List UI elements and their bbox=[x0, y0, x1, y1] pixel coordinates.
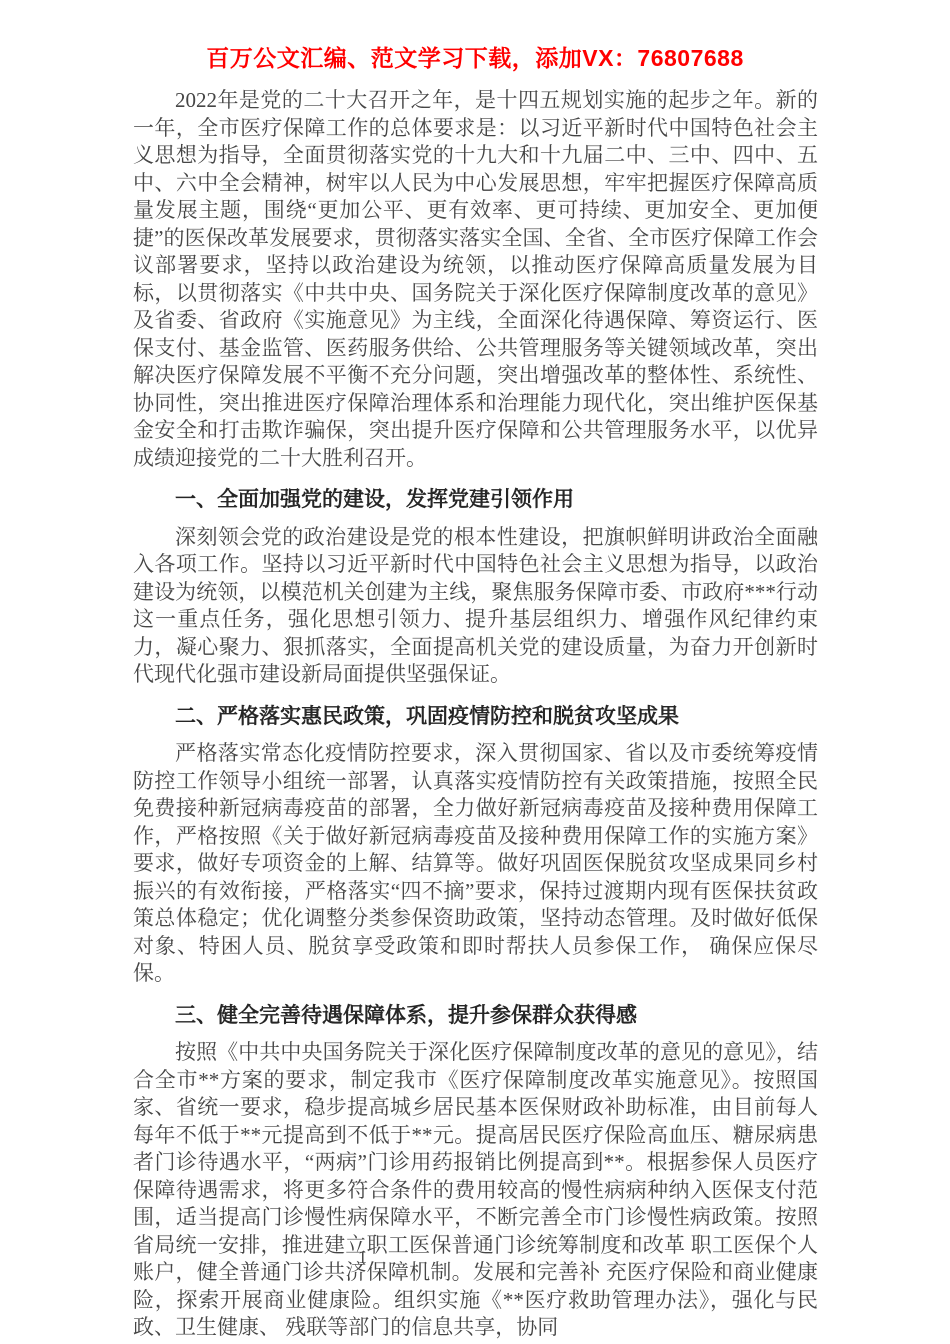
section-body-2: 严格落实常态化疫情防控要求，深入贯彻国家、省以及市委统筹疫情防控工作领导小组统一… bbox=[133, 740, 818, 988]
section-heading-2: 二、严格落实惠民政策，巩固疫情防控和脱贫攻坚成果 bbox=[133, 703, 818, 731]
section-heading-1: 一、全面加强党的建设，发挥党建引领作用 bbox=[133, 486, 818, 514]
intro-paragraph: 2022年是党的二十大召开之年，是十四五规划实施的起步之年。新的一年，全市医疗保… bbox=[133, 87, 818, 472]
section-body-1: 深刻领会党的政治建设是党的根本性建设，把旗帜鲜明讲政治全面融入各项工作。坚持以习… bbox=[133, 524, 818, 689]
promo-header-text: 百万公文汇编、范文学习下载，添加VX：76807688 bbox=[0, 0, 950, 71]
page-number: 1 bbox=[358, 1247, 367, 1268]
section-body-3: 按照《中共中央国务院关于深化医疗保障制度改革的意见的意见》，结合全市**方案的要… bbox=[133, 1039, 818, 1342]
document-page: 百万公文汇编、范文学习下载，添加VX：76807688 2022年是党的二十大召… bbox=[0, 0, 950, 1344]
section-heading-3: 三、健全完善待遇保障体系，提升参保群众获得感 bbox=[133, 1002, 818, 1030]
document-body: 2022年是党的二十大召开之年，是十四五规划实施的起步之年。新的一年，全市医疗保… bbox=[133, 87, 818, 1342]
